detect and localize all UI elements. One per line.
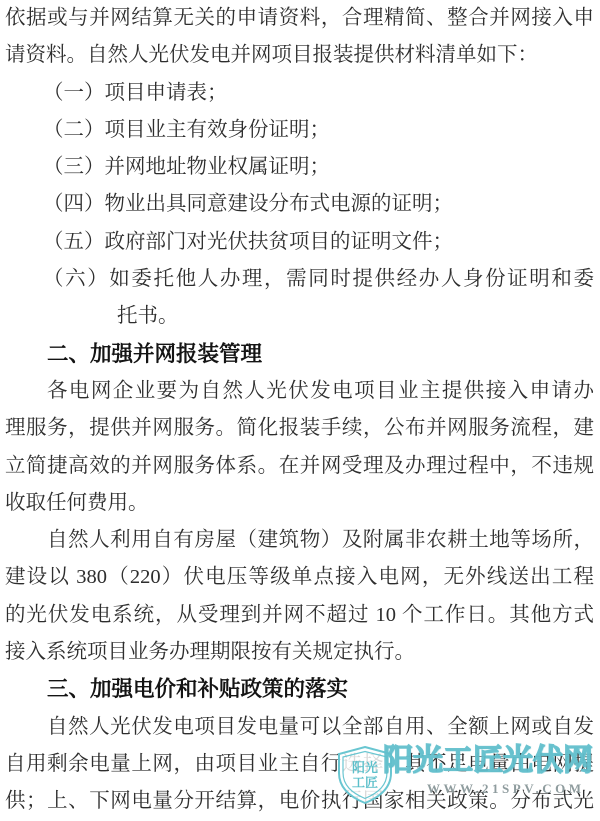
text-line: 请资料。自然人光伏发电并网项目报装提供材料清单如下： (5, 37, 594, 74)
list-item: （四）物业出具同意建设分布式电源的证明； (5, 186, 594, 223)
document-body: 依据或与并网结算无关的申请资料，合理精简、整合并网接入申 请资料。自然人光伏发电… (0, 0, 600, 821)
list-item: （六）如委托他人办理，需同时提供经办人身份证明和委 (5, 261, 594, 298)
text-line: 的光伏发电系统，从受理到并网不超过 10 个工作日。其他方式 (5, 597, 594, 634)
list-item: （二）项目业主有效身份证明； (5, 112, 594, 149)
section-heading: 三、加强电价和补贴政策的落实 (5, 671, 594, 708)
document-page: 依据或与并网结算无关的申请资料，合理精简、整合并网接入申 请资料。自然人光伏发电… (0, 0, 600, 821)
list-item-continuation: 托书。 (5, 298, 594, 335)
text-line: 依据或与并网结算无关的申请资料，合理精简、整合并网接入申 (5, 0, 594, 37)
text-line: 建设以 380（220）伏电压等级单点接入电网，无外线送出工程 (5, 559, 594, 596)
list-item: （三）并网地址物业权属证明； (5, 149, 594, 186)
section-heading: 二、加强并网报装管理 (5, 336, 594, 373)
list-item: （一）项目申请表； (5, 75, 594, 112)
text-line: 自然人光伏发电项目发电量可以全部自用、全额上网或自发 (5, 709, 594, 746)
list-item: （五）政府部门对光伏扶贫项目的证明文件； (5, 224, 594, 261)
text-line: 自用剩余电量上网，由项目业主自行选择，其不足电量由电网提 (5, 746, 594, 783)
text-line: 收取任何费用。 (5, 485, 594, 522)
text-line: 立简捷高效的并网服务体系。在并网受理及办理过程中，不违规 (5, 448, 594, 485)
text-line: 接入系统项目业务办理期限按有关规定执行。 (5, 634, 594, 671)
text-line: 各电网企业要为自然人光伏发电项目业主提供接入申请办 (5, 373, 594, 410)
text-line: 自然人利用自有房屋（建筑物）及附属非农耕土地等场所， (5, 522, 594, 559)
text-line: 理服务，提供并网服务。简化报装手续，公布并网服务流程，建 (5, 410, 594, 447)
text-line: 供；上、下网电量分开结算，电价执行国家相关政策。分布式光 (5, 783, 594, 820)
